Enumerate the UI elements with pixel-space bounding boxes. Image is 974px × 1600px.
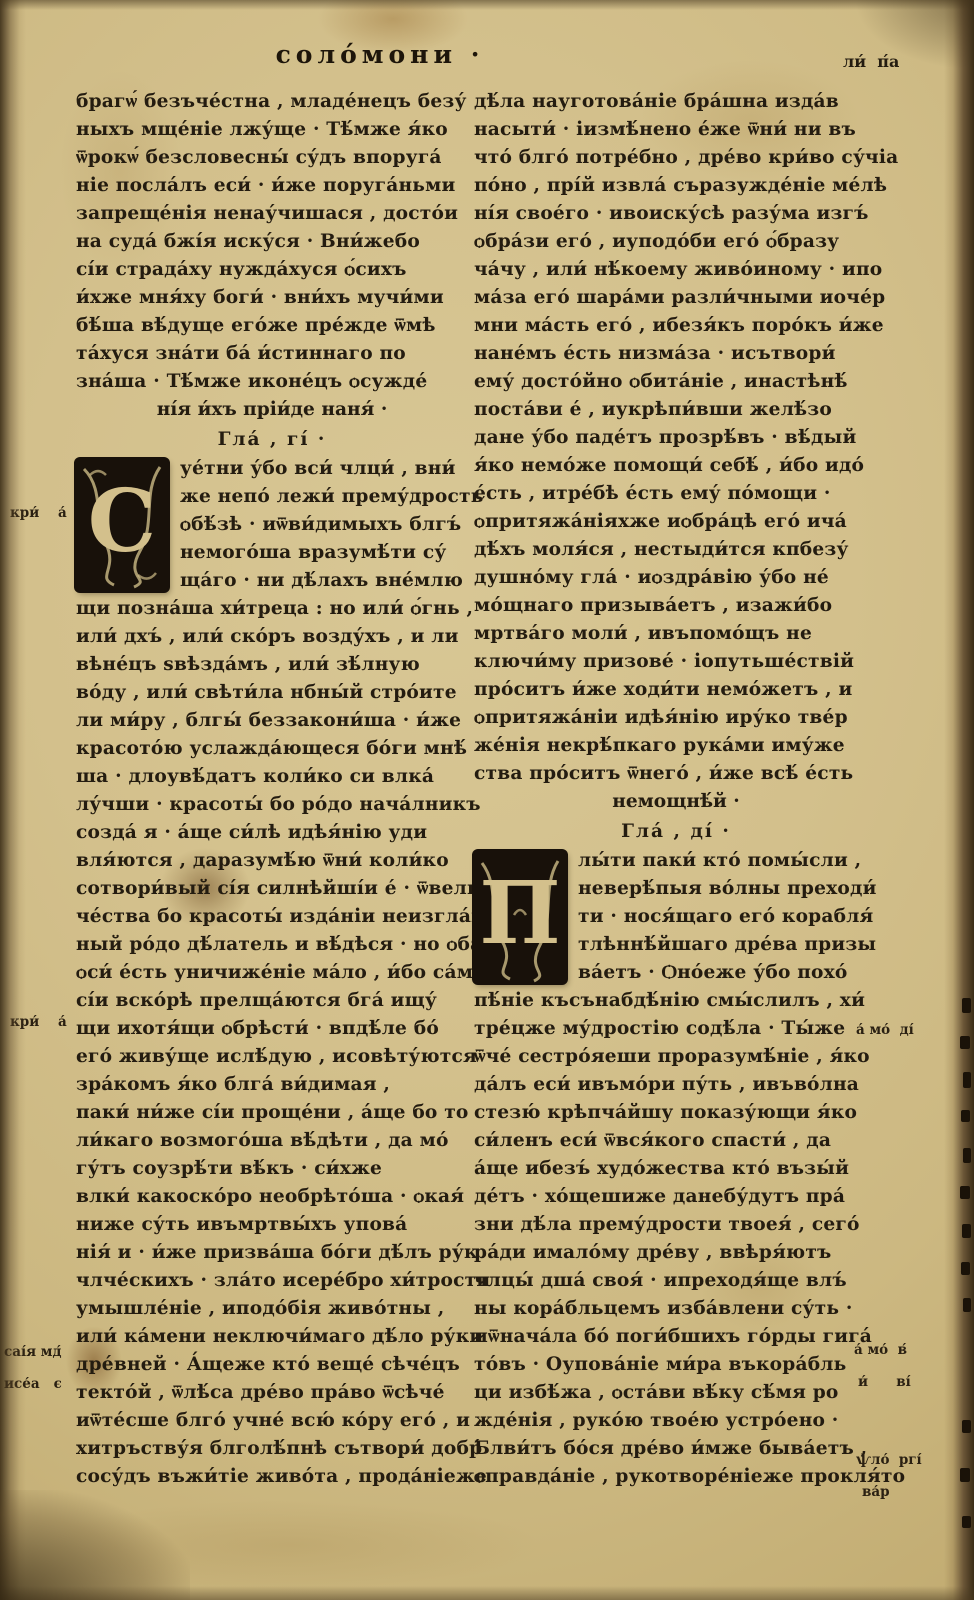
ink-mark (963, 1148, 971, 1163)
text-line: стезю́ крѣпча́йшу показу́ющи я́ко (474, 1099, 878, 1127)
ink-mark (960, 1186, 970, 1199)
text-line: или́ дхъ́ , или́ ско́ръ возду́хъ , и ли (76, 623, 468, 651)
text-column-left: брагѡ́ безъче́стна , младе́нецъ безу́ных… (76, 88, 468, 1491)
text-line: паки́ ни́же сі́и проще́ни , а́ще бо то (76, 1099, 468, 1127)
text-line: а́ще ибезъ́ худо́жества кто́ възы́й (474, 1155, 878, 1183)
text-line: немого́ша вразумѣ́ти су́ (180, 539, 484, 567)
text-line: мни ма́сть его́ , ибезя́къ поро́къ и́же (474, 312, 878, 340)
text-line: ѻпритяжа́ніи идѣя́нію иру́ко тве́р (474, 704, 878, 732)
text-line: по́но , прі́й извла́ съразужде́ніе ме́лѣ (474, 172, 878, 200)
left-part1: брагѡ́ безъче́стна , младе́нецъ безу́ных… (76, 88, 468, 396)
text-line: мртва́го моли́ , ивъпомо́щъ не (474, 620, 878, 648)
text-line: текто́й , ѿлѣ́са дре́во пра́во ѿсѣче́ (76, 1379, 468, 1407)
ink-mark (960, 1468, 970, 1482)
page-edge-right (944, 0, 974, 1600)
text-line: ра́ди имало́му дре́ву , ввѣря́ютъ (474, 1239, 878, 1267)
text-line: насыти́ · іизмѣ́нено е́же ѿни́ ни въ (474, 116, 878, 144)
chapter-13-heading: Гла́ , гі́ · (76, 424, 468, 455)
left-part2: щи позна́ша хи́треца : но или́ ѻ́гнь ,ил… (76, 595, 468, 1491)
text-line: дѣ́ла науготова́ніе бра́шна изда́в (474, 88, 878, 116)
ink-mark (962, 1516, 971, 1528)
text-line: дре́вней · А́щеже кто́ веще́ сѣче́цъ (76, 1351, 468, 1379)
text-line: тре́цже му́дростію содѣ́ла · Ты́же (474, 1015, 878, 1043)
ink-mark (961, 1110, 970, 1122)
margin-note-right-3: и́ ві́ (858, 1374, 911, 1390)
text-line: гу́тъ соузрѣ́ти вѣ́къ · си́хже (76, 1155, 468, 1183)
text-line: то́въ · Оупова́ніе ми́ра въкора́бль (474, 1351, 878, 1379)
text-line: ні́я свое́го · ивоиску́сѣ разу́ма изгъ́ (474, 200, 878, 228)
text-line: ніе посла́лъ еси́ · и́же поруга́ньми (76, 172, 468, 200)
text-line: Блви́тъ бо́ся дре́во и́мже быва́етъ , (474, 1435, 878, 1463)
text-line: уе́тни у́бо вси́ члци́ , вни́ (180, 455, 484, 483)
ink-mark (962, 1224, 971, 1238)
page-curl-corner (0, 1490, 190, 1600)
text-line: дѣ́хъ моля́ся , нестыди́тся кпбезу́ (474, 536, 878, 564)
text-line: ный ро́до дѣ́латель и вѣ́дѣся · но ѻба́ (76, 931, 468, 959)
text-line: че́ства бо красоты́ изда́ніи неизгла́й (76, 903, 468, 931)
text-line: ключи́му призове́ · іопутьше́ствій (474, 648, 878, 676)
chapter-14-heading: Гла́ , ді́ · (474, 816, 878, 847)
text-line: бѣ́ша вѣ́дуще его́же пре́жде ѿмѣ (76, 312, 468, 340)
ink-mark (960, 1036, 970, 1049)
ink-mark (962, 1420, 971, 1433)
text-line: ѻбра́зи его́ , иуподо́би его́ ѻ́бразу (474, 228, 878, 256)
text-line: ѻбѣ́зѣ · иѿви́димыхъ блгъ́ (180, 511, 484, 539)
running-title: соло́мони · (0, 40, 760, 69)
text-line: да́лъ еси́ ивъмо́ри пу́ть , ивъво́лна (474, 1071, 878, 1099)
text-line: жде́нія , руко́ю твое́ю устро́ено · (474, 1407, 878, 1435)
text-line: сі́и страда́ху нужда́хуся ѻ́сихъ (76, 256, 468, 284)
text-line: душно́му гла́ · иѻздра́вію у́бо не́ (474, 564, 878, 592)
text-line: мо́щнаго призыва́етъ , изажи́бо (474, 592, 878, 620)
text-line: зна́ша · Тѣ́мже иконе́цъ ѻсужде́ (76, 368, 468, 396)
left-part1-centered-line: ні́я и́хъ пріи́де наня́ · (76, 396, 468, 424)
text-line: зра́комъ я́ко блга́ ви́димая , (76, 1071, 468, 1099)
margin-note-right-1: а́ мо́ ді́ (856, 1022, 914, 1038)
text-line: ли́каго возмого́ша вѣ́дѣти , да мо́ (76, 1127, 468, 1155)
text-line: нія́ и · и́же призва́ша бо́ги дѣ́лъ ру́к (76, 1239, 468, 1267)
text-line: сі́и вско́рѣ прелща́ются бга́ ищу́ (76, 987, 468, 1015)
book-page-scan: соло́мони · ли́ п́а брагѡ́ безъче́стна ,… (0, 0, 974, 1600)
text-line: брагѡ́ безъче́стна , младе́нецъ безу́ (76, 88, 468, 116)
text-line: сотвори́вый сі́я силнѣйші́и е́ · ѿвели́ (76, 875, 468, 903)
text-line: что́ блго́ потре́бно , дре́во кри́во су́… (474, 144, 878, 172)
right-part1: дѣ́ла науготова́ніе бра́шна изда́внасыти… (474, 88, 878, 788)
text-line: нане́мъ е́сть низма́за · исътвори́ (474, 340, 878, 368)
page-edge-top (0, 0, 974, 10)
text-line: иѿнача́ла бо́ поги́бшихъ го́рды гига́ (474, 1323, 878, 1351)
text-line: иѿте́сше блго́ учне́ всю́ ко́ру его́ , и (76, 1407, 468, 1435)
text-line: же́нія некрѣ́пкаго рука́ми иму́же (474, 732, 878, 760)
text-line: сосу́дъ въжи́тіе живо́та , прода́ніеже (76, 1463, 468, 1491)
text-line: ти · нося́щаго его́ корабля́ (578, 903, 878, 931)
text-line: лы́ти паки́ кто́ помы́сли , (578, 847, 878, 875)
text-line: ны кора́бльцемъ изба́влени су́ть · (474, 1295, 878, 1323)
text-line: ѻпритяжа́ніяхже иѻбра́цѣ его́ ича́ (474, 508, 878, 536)
text-line: влки́ какоско́ро необрѣто́ша · ѻкая́ (76, 1183, 468, 1211)
text-line: лу́чши · красоты́ бо ро́до нача́лникъ (76, 791, 468, 819)
text-line: во́ду , или́ свѣти́ла нбны́й стро́ите (76, 679, 468, 707)
margin-note-right-2: а́ мо́ в́ (854, 1342, 907, 1358)
woodcut-initial-s: С (76, 459, 168, 591)
woodcut-initial-p: П (474, 851, 566, 983)
text-line: ѻправда́ніе , рукотворе́ніеже прокля́то (474, 1463, 878, 1491)
text-line: щи позна́ша хи́треца : но или́ ѻ́гнь , (76, 595, 468, 623)
text-line: вля́ются , даразумѣ́ю ѿни́ коли́ко (76, 847, 468, 875)
right-part1-centered-line: немощнѣ́й · (474, 788, 878, 816)
binding-shadow (0, 0, 26, 1600)
text-line: члцы́ дша́ своя́ · ипреходя́ще влъ́ (474, 1267, 878, 1295)
text-line: щи ихотя́щи ѻбрѣсти́ · впдѣ́ле бо́ (76, 1015, 468, 1043)
text-line: ци избѣ́жа , ѻста́ви вѣ́ку сѣ́мя ро (474, 1379, 878, 1407)
text-line: красото́ю услажда́ющеся бо́ги мнѣ́ (76, 735, 468, 763)
text-line: пѣ́ніе късънабдѣ́нію смы́слилъ , хи́ (474, 987, 878, 1015)
text-line: вѣне́цъ ѕвѣзда́мъ , или́ зѣ́лную (76, 651, 468, 679)
text-line: ча́чу , или́ нѣ́коему живо́иному · ипо (474, 256, 878, 284)
text-line: зни дѣ́ла прему́дрости твоея́ , сего́ (474, 1211, 878, 1239)
text-line: ща́го · ни дѣ́лахъ вне́млю (180, 567, 484, 595)
text-line: си́ленъ еси́ ѿвся́кого спасти́ , да (474, 1127, 878, 1155)
text-line: ѿче́ сестро́яеши проразумѣ́ніе , я́ко (474, 1043, 878, 1071)
text-line: тлѣннѣ́йшаго дре́ва призы (578, 931, 878, 959)
text-line: запреще́нія ненау́чишася , досто́и (76, 200, 468, 228)
text-line: или́ ка́мени неключи́маго дѣ́ло ру́ки (76, 1323, 468, 1351)
chapter-14-opening: П лы́ти паки́ кто́ помы́сли ,неверѣ́пыя … (474, 847, 878, 987)
text-line: ли ми́ру , блгы́ беззакони́ша · и́же (76, 707, 468, 735)
text-line: ма́за его́ шара́ми разли́чными иоче́р (474, 284, 878, 312)
text-line: члче́скихъ · зла́то исере́бро хи́трости (76, 1267, 468, 1295)
chapter-13-opening: С уе́тни у́бо вси́ члци́ , вни́же непо́ … (76, 455, 468, 595)
text-line: ѻси́ е́сть уничиже́ніе ма́ло , и́бо са́м… (76, 959, 468, 987)
text-line: про́ситъ и́же ходи́ти немо́жетъ , и (474, 676, 878, 704)
text-line: на суда́ бжі́я иску́ся · Вни́жебо (76, 228, 468, 256)
text-line: же непо́ лежи́ прему́дрость (180, 483, 484, 511)
text-line: хитръству́я блголѣ́пнѣ сътвори́ добр́ (76, 1435, 468, 1463)
text-line: ему́ досто́йно ѻбита́ніе , инастѣнѣ́ (474, 368, 878, 396)
initial-letter: П (474, 859, 566, 969)
text-line: е́сть , итре́бѣ е́сть ему́ по́мощи · (474, 480, 878, 508)
text-line: ства про́ситъ ѿнего́ , и́же всѣ́ е́сть (474, 760, 878, 788)
left-initial-lines: уе́тни у́бо вси́ члци́ , вни́же непо́ ле… (180, 455, 484, 595)
ink-mark (963, 1072, 971, 1088)
right-initial-lines: лы́ти паки́ кто́ помы́сли ,неверѣ́пыя во… (578, 847, 878, 987)
text-line: ѿрокѡ́ безсловесны́ су́дъ впоруга́ (76, 144, 468, 172)
text-line: дане у́бо паде́тъ прозрѣ́въ · вѣ́дый (474, 424, 878, 452)
text-line: ниже су́ть ивъмртвы́хъ упова́ (76, 1211, 468, 1239)
text-line: та́хуся зна́ти ба́ и́стиннаго по (76, 340, 468, 368)
initial-letter: С (76, 467, 168, 577)
ink-mark (962, 998, 971, 1013)
ink-mark (961, 1262, 970, 1275)
text-line: ва́етъ · Ѻно́еже у́бо похо́ (578, 959, 878, 987)
text-line: созда́ я · а́ще си́лѣ идѣя́нію уди (76, 819, 468, 847)
text-line: и́хже мня́ху боги́ · вни́хъ мучи́ми (76, 284, 468, 312)
text-line: поста́ви е́ , иукрѣпи́вши желѣ́зо (474, 396, 878, 424)
text-column-right: дѣ́ла науготова́ніе бра́шна изда́внасыти… (474, 88, 878, 1491)
text-line: ныхъ мще́ніе лжу́ще · Тѣ́мже я́ко (76, 116, 468, 144)
page-corner-shadow (854, 0, 974, 70)
text-line: неверѣ́пыя во́лны преходи́ (578, 875, 878, 903)
text-line: де́тъ · хо́щешиже данебу́дутъ пра́ (474, 1183, 878, 1211)
ink-mark (963, 1298, 971, 1312)
text-line: умышле́ніе , иподо́бія живо́тны , (76, 1295, 468, 1323)
margin-note-right-4: ѱло́ ргі́ (856, 1452, 922, 1468)
text-line: ша · длоувѣ́датъ коли́ко си влка́ (76, 763, 468, 791)
text-line: его́ живу́ще ислѣ́дую , исовѣту́ются (76, 1043, 468, 1071)
margin-note-right-5: ва́р (862, 1484, 890, 1500)
text-line: я́ко немо́же помощи́ себѣ́ , и́бо идо́ (474, 452, 878, 480)
right-part2: пѣ́ніе късънабдѣ́нію смы́слилъ , хи́тре́… (474, 987, 878, 1491)
